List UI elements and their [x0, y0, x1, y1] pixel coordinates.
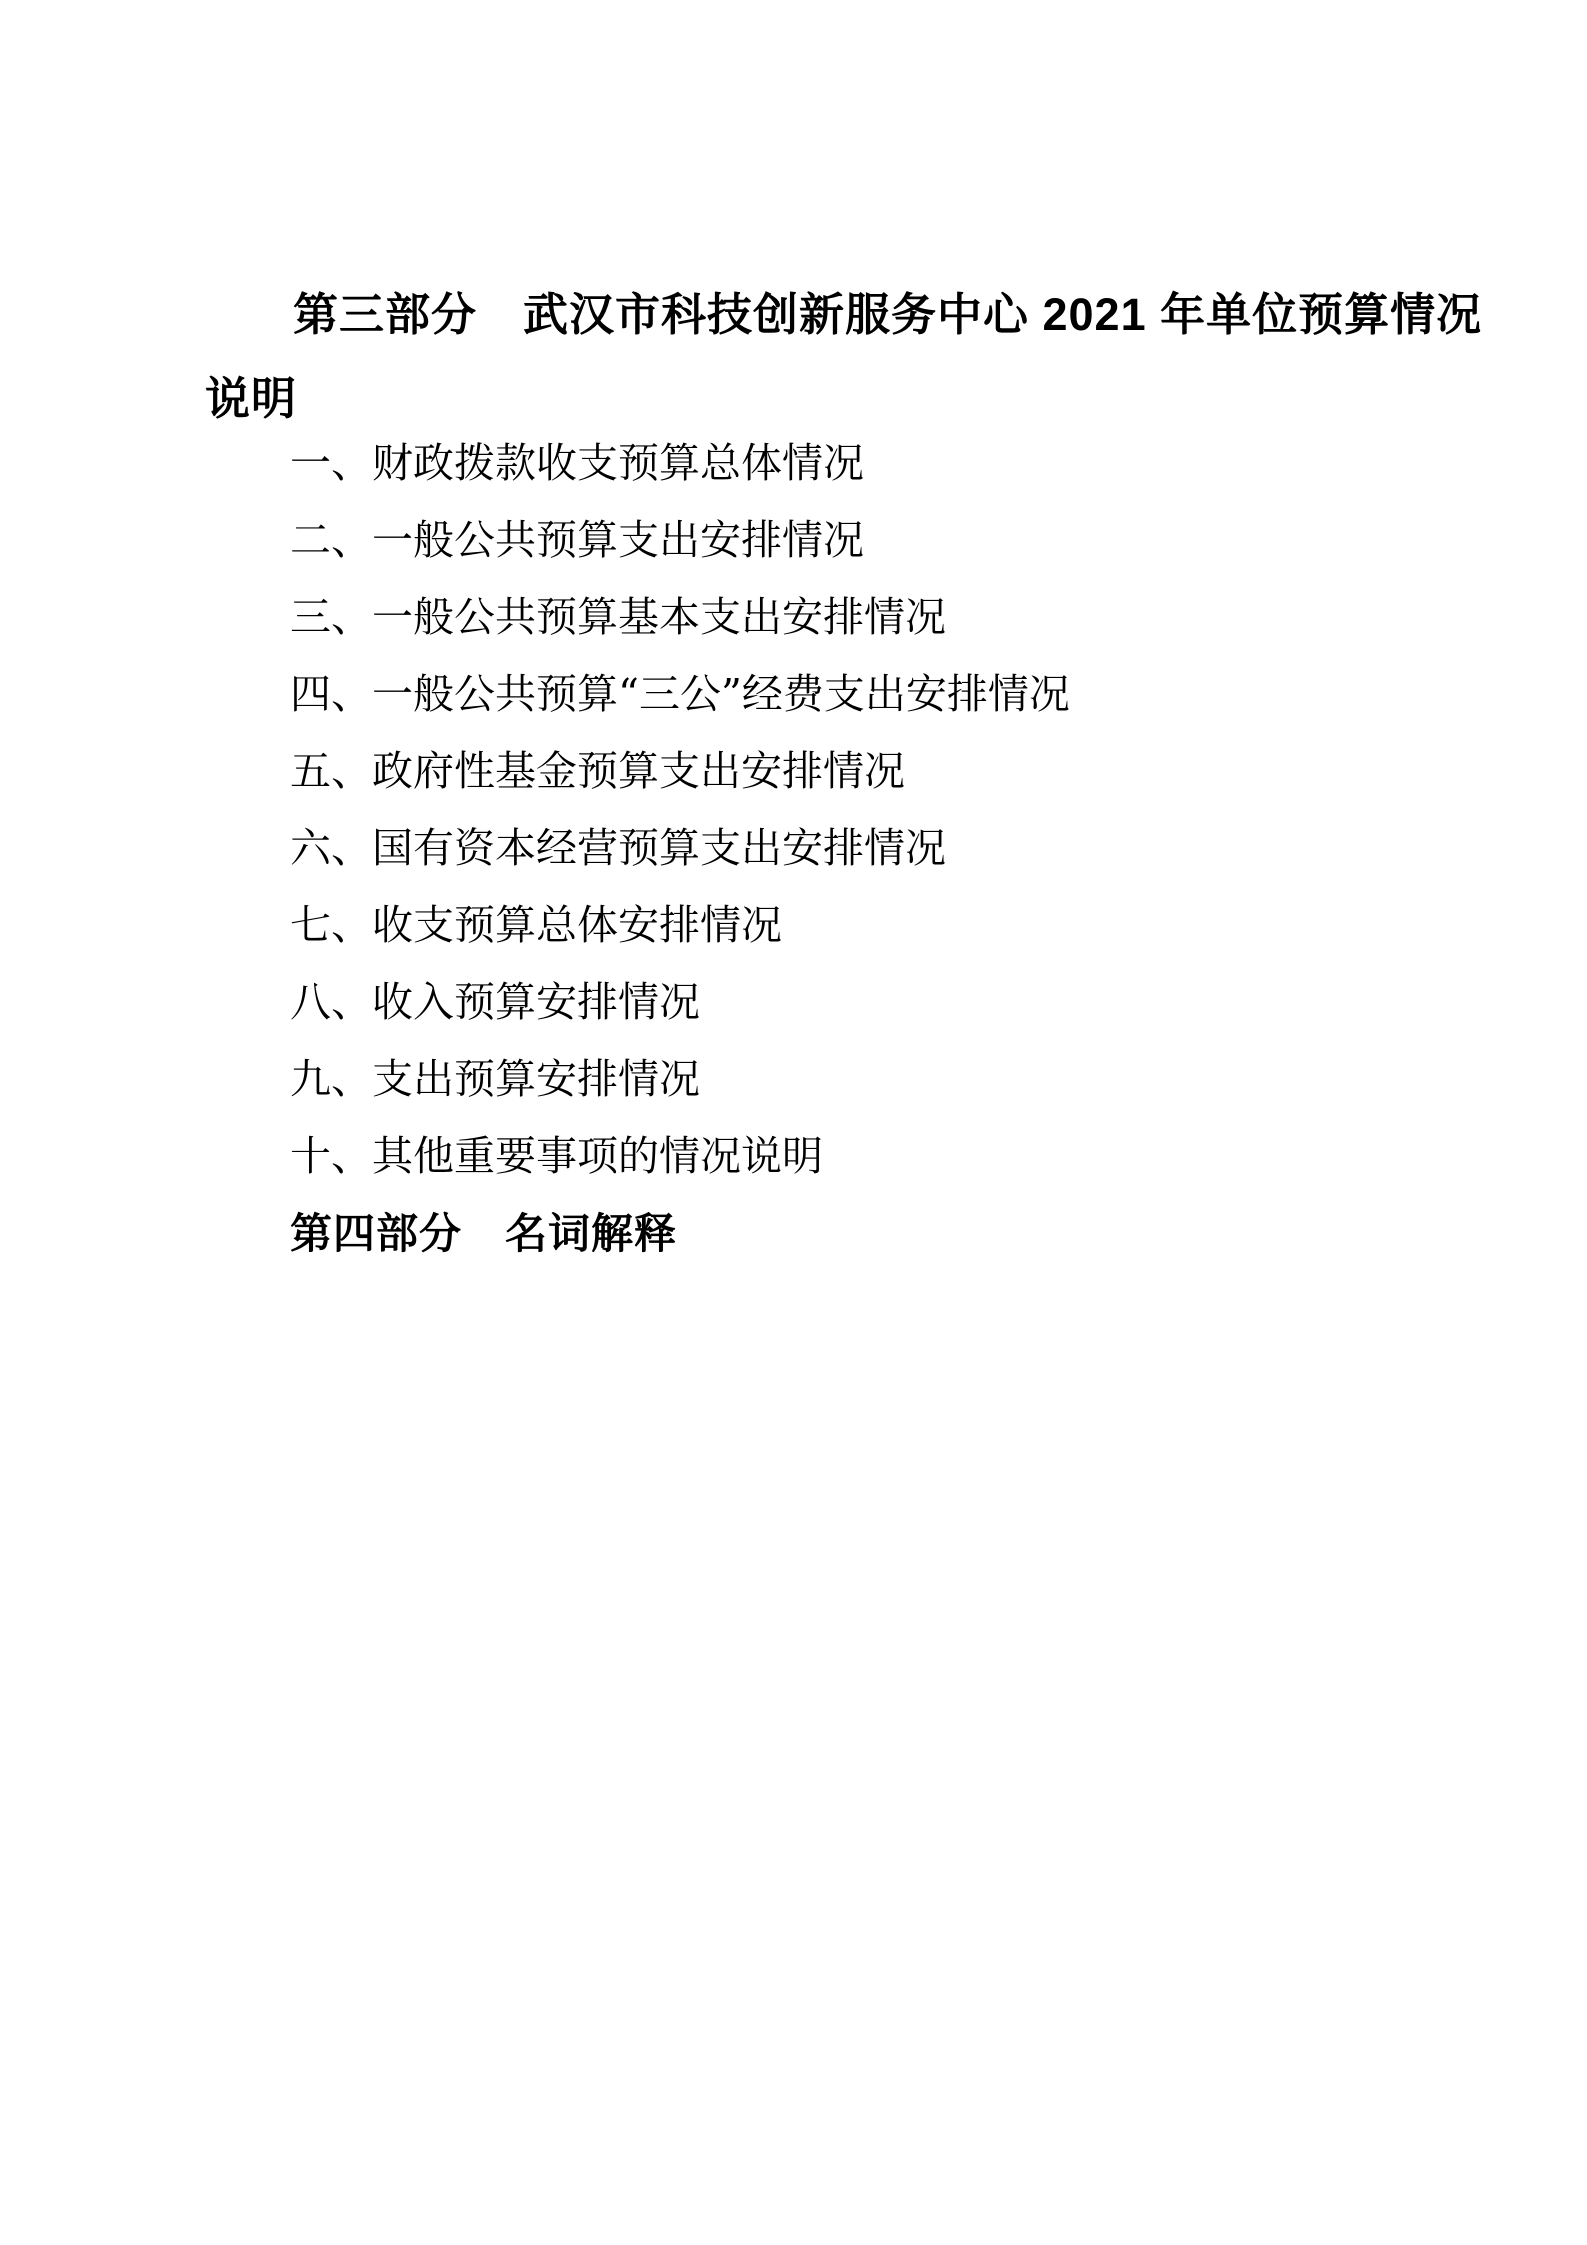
toc-item: 二、一般公共预算支出安排情况 [205, 502, 1382, 579]
part3-heading: 第三部分 武汉市科技创新服务中心 2021 年单位预算情况 说明 [205, 273, 1382, 441]
part3-heading-line1: 第三部分 武汉市科技创新服务中心 2021 年单位预算情况 [205, 273, 1382, 357]
document-page: 第三部分 武汉市科技创新服务中心 2021 年单位预算情况 说明 一、财政拨款收… [0, 0, 1587, 2245]
toc-item: 三、一般公共预算基本支出安排情况 [205, 579, 1382, 656]
page-content: 第三部分 武汉市科技创新服务中心 2021 年单位预算情况 说明 一、财政拨款收… [205, 273, 1382, 1272]
part4-heading: 第四部分 名词解释 [205, 1195, 1382, 1272]
toc-item: 一、财政拨款收支预算总体情况 [205, 425, 1382, 502]
toc-item: 七、收支预算总体安排情况 [205, 887, 1382, 964]
toc-item: 九、支出预算安排情况 [205, 1041, 1382, 1118]
toc-item: 十、其他重要事项的情况说明 [205, 1118, 1382, 1195]
toc-item: 八、收入预算安排情况 [205, 964, 1382, 1041]
toc-item: 五、政府性基金预算支出安排情况 [205, 733, 1382, 810]
toc-item: 四、一般公共预算“三公”经费支出安排情况 [205, 656, 1382, 733]
toc-item: 六、国有资本经营预算支出安排情况 [205, 810, 1382, 887]
toc-list: 一、财政拨款收支预算总体情况二、一般公共预算支出安排情况三、一般公共预算基本支出… [205, 425, 1382, 1195]
